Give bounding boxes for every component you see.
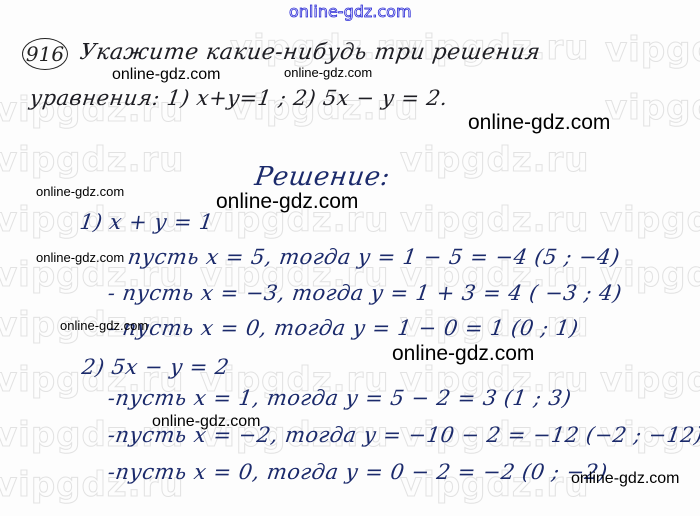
task-statement-line-2: уравнения: 1) x+y=1 ; 2) 5x − y = 2. [28,86,449,110]
part1-equation: 1) x + y = 1 [78,210,215,234]
vipgdz-watermark: vipgdz.ru [400,200,590,240]
part1-solution-line: - пусть x = −3, тогда y = 1 + 3 = 4 ( −3… [106,281,623,305]
vipgdz-watermark: vipgdz.ru [605,30,700,70]
vipgdz-watermark: vipgdz.ru [605,88,700,128]
vipgdz-watermark: vipgdz.ru [600,360,700,400]
task-number: 916 [26,42,64,66]
homework-page: vipgdz.ru vipgdz.ru vipgdz.ru vipgdz.ru … [0,0,700,516]
online-gdz-stamp: online-gdz.com [392,342,534,366]
online-gdz-stamp: online-gdz.com [36,250,124,265]
online-gdz-stamp: online-gdz.com [60,318,148,333]
online-gdz-stamp: online-gdz.com [216,190,358,214]
vipgdz-watermark: vipgdz.ru [400,140,590,180]
online-gdz-stamp: online-gdz.com [571,470,680,488]
part1-solution-line: - пусть x = 0, тогда y = 1 − 0 = 1 (0 ; … [106,316,580,340]
online-gdz-stamp: online-gdz.com [112,66,221,84]
online-gdz-stamp: online-gdz.com [284,65,372,80]
online-gdz-stamp: online-gdz.com [152,413,261,431]
task-statement-line-1: Укажите какие-нибудь три решения [78,40,542,65]
vipgdz-watermark: vipgdz.ru [0,140,185,180]
part2-solution-line: -пусть x = 1, тогда y = 5 − 2 = 3 (1 ; 3… [106,386,573,410]
part2-equation: 2) 5x − y = 2 [80,355,230,379]
solution-heading: Решение: [253,162,392,192]
online-gdz-stamp: online-gdz.com [36,184,124,199]
task-number-badge: 916 [22,38,68,70]
part2-solution-line: -пусть x = 0, тогда y = 0 − 2 = −2 (0 ; … [106,460,609,484]
vipgdz-watermark: vipgdz.ru [600,200,700,240]
part1-solution-line: пусть x = 5, тогда y = 1 − 5 = −4 (5 ; −… [126,245,621,269]
online-gdz-stamp: online-gdz.com [468,111,610,135]
top-watermark: online-gdz.com [289,2,412,21]
